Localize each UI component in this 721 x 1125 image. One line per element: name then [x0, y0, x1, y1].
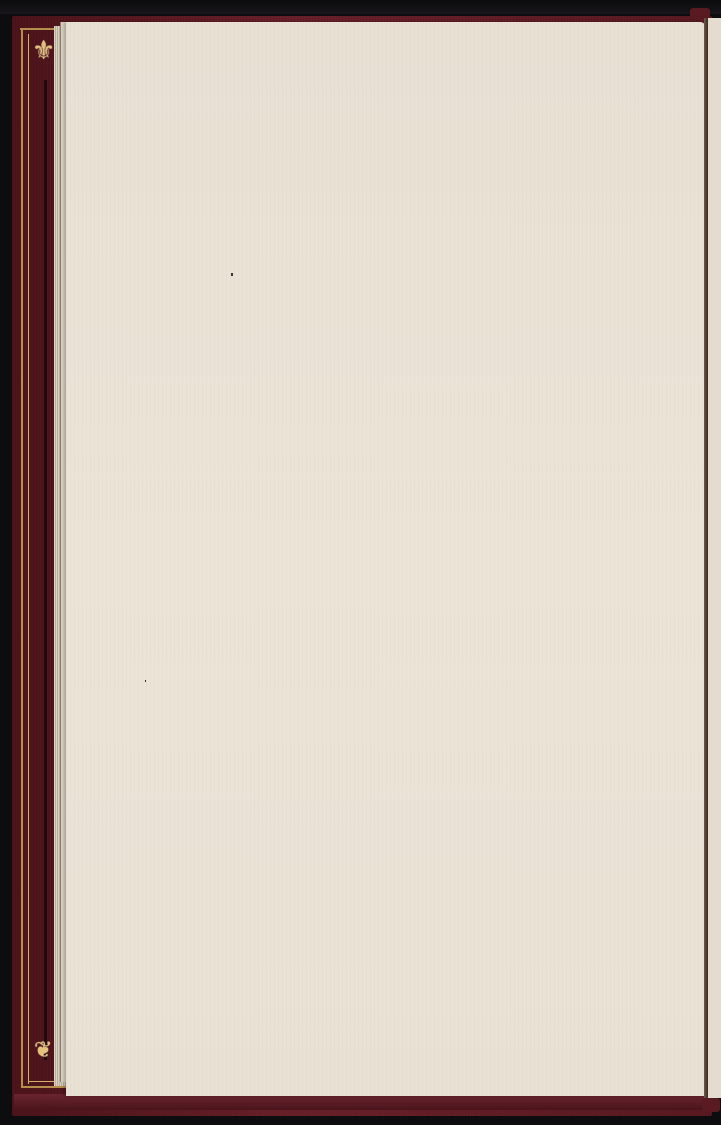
blank-page: [66, 22, 706, 1096]
paper-speck: [231, 273, 233, 276]
cover-bottom-edge: [14, 1094, 714, 1110]
paper-speck: [145, 680, 146, 682]
fleuron-ornament-icon: ⚜: [32, 38, 55, 64]
dark-backdrop: [0, 0, 721, 14]
turn-in-groove: [44, 80, 47, 1060]
cover-corner-bottom-right: [702, 1098, 720, 1112]
book-photo: ⚜ ❦: [0, 0, 721, 1125]
facing-page-sliver: [708, 18, 721, 1098]
gilt-fillet-inner: [28, 34, 29, 1084]
gilt-fillet-outer: [21, 30, 23, 1088]
fleuron-ornament-icon: ❦: [34, 1040, 52, 1062]
